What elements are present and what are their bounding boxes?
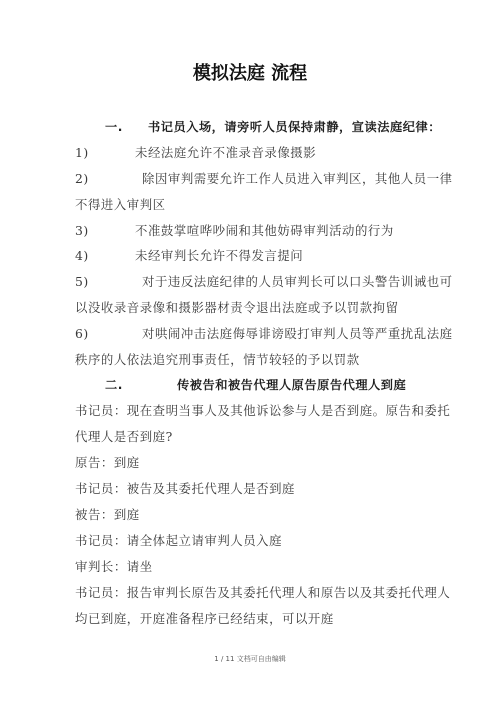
item-text-continuation: 秩序的人依法追究刑事责任，情节较轻的予以罚款 [75,351,360,369]
item-text: 对哄闹冲击法庭侮辱诽谤殴打审判人员等严重扰乱法庭 [142,325,453,343]
rule-item-6-continuation: 秩序的人依法追究刑事责任，情节较轻的予以罚款 [75,351,427,369]
dialogue-line-2: 原告：到庭 [75,454,427,472]
section-heading-1: 一. 书记员入场，请旁听人员保持肃静，宣读法庭纪律： [75,118,427,136]
section-number: 一. [105,118,123,136]
dialogue-text: 书记员：现在查明当事人及其他诉讼参与人是否到庭。原告和委托 [75,402,450,420]
item-text: 不准鼓掌喧哗吵闹和其他妨碍审判活动的行为 [135,222,394,240]
dialogue-line-6: 审判长：请坐 [75,558,427,576]
dialogue-line-7: 书记员：报告审判长原告及其委托代理人和原告以及其委托代理人 [75,584,427,602]
rule-item-5: 5) 对于违反法庭纪律的人员审判长可以口头警告训诫也可 [75,273,427,291]
dialogue-line-1: 书记员：现在查明当事人及其他诉讼参与人是否到庭。原告和委托 [75,402,427,420]
item-text: 对于违反法庭纪律的人员审判长可以口头警告训诫也可 [142,273,453,291]
page-footer: 1 / 11 文档可自由编辑 [0,654,500,664]
item-number: 5) [75,273,89,291]
section-heading-2: 二. 传被告和被告代理人原告原告代理人到庭 [75,376,427,394]
rule-item-5-continuation: 以没收录音录像和摄影器材责令退出法庭或予以罚款拘留 [75,299,427,317]
dialogue-line-7-continuation: 均已到庭，开庭准备程序已经结束，可以开庭 [75,610,427,628]
dialogue-text: 书记员：请全体起立请审判人员入庭 [75,532,282,550]
document-page: 模拟法庭 流程 一. 书记员入场，请旁听人员保持肃静，宣读法庭纪律： 1) 未经… [0,0,500,708]
item-text: 未经法庭允许不准录音录像摄影 [135,144,316,162]
item-number: 6) [75,325,89,343]
item-number: 3) [75,222,89,240]
rule-item-2-continuation: 不得进入审判区 [75,196,427,214]
dialogue-text-continuation: 代理人是否到庭? [75,428,173,446]
dialogue-line-4: 被告：到庭 [75,506,427,524]
item-text-continuation: 不得进入审判区 [75,196,166,214]
item-number: 4) [75,247,89,265]
dialogue-text: 书记员：被告及其委托代理人是否到庭 [75,480,295,498]
item-text-continuation: 以没收录音录像和摄影器材责令退出法庭或予以罚款拘留 [75,299,399,317]
item-number: 2) [75,170,89,188]
rule-item-2: 2) 除因审判需要允许工作人员进入审判区，其他人员一律 [75,170,427,188]
rule-item-1: 1) 未经法庭允许不准录音录像摄影 [75,144,427,162]
dialogue-line-1-continuation: 代理人是否到庭? [75,428,427,446]
dialogue-text: 原告：到庭 [75,454,140,472]
item-text: 未经审判长允许不得发言提问 [135,247,303,265]
dialogue-line-5: 书记员：请全体起立请审判人员入庭 [75,532,427,550]
dialogue-text: 书记员：报告审判长原告及其委托代理人和原告以及其委托代理人 [75,584,450,602]
document-title: 模拟法庭 流程 [0,59,500,85]
section-heading-text: 传被告和被告代理人原告原告代理人到庭 [177,376,406,394]
dialogue-text: 被告：到庭 [75,506,140,524]
item-text: 除因审判需要允许工作人员进入审判区，其他人员一律 [142,170,453,188]
dialogue-text-continuation: 均已到庭，开庭准备程序已经结束，可以开庭 [75,610,334,628]
dialogue-line-3: 书记员：被告及其委托代理人是否到庭 [75,480,427,498]
rule-item-3: 3) 不准鼓掌喧哗吵闹和其他妨碍审判活动的行为 [75,222,427,240]
section-heading-text: 书记员入场，请旁听人员保持肃静，宣读法庭纪律： [148,118,441,136]
rule-item-4: 4) 未经审判长允许不得发言提问 [75,247,427,265]
item-number: 1) [75,144,89,162]
rule-item-6: 6) 对哄闹冲击法庭侮辱诽谤殴打审判人员等严重扰乱法庭 [75,325,427,343]
dialogue-text: 审判长：请坐 [75,558,153,576]
section-number: 二. [105,376,123,394]
